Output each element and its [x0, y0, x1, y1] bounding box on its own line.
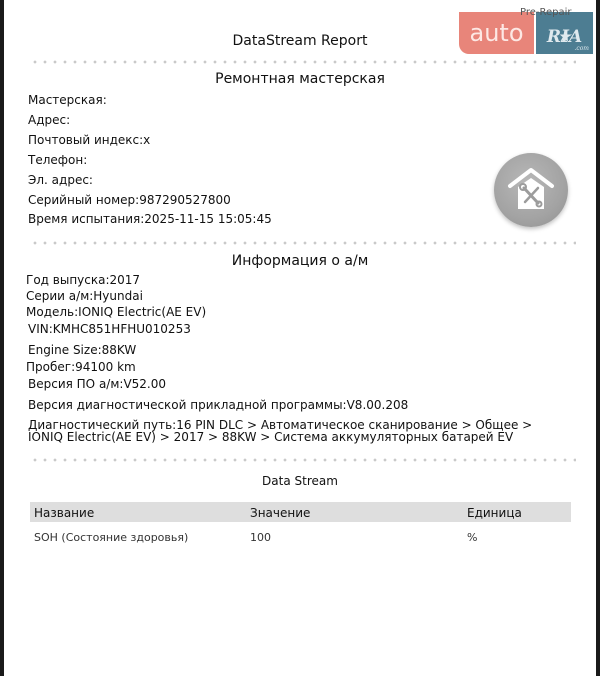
vin-field: VIN:KMHC851HFHU010253: [28, 322, 191, 336]
model-field: Модель:IONIQ Electric(AE EV): [26, 305, 206, 319]
data-stream-section-title: Data Stream: [4, 474, 596, 488]
dotted-divider: [30, 241, 576, 245]
diagnostic-app-version-field: Версия диагностической прикладной програ…: [28, 398, 408, 412]
dotted-divider: [30, 458, 576, 462]
dotted-divider: [30, 60, 576, 64]
watermark-brand-domain: .com: [574, 45, 589, 53]
serial-number-field: Серийный номер:987290527800: [28, 193, 231, 207]
watermark-brand-right-box: ★ RIA .com: [536, 12, 593, 54]
workshop-name-field: Мастерская:: [28, 93, 107, 107]
diagnostic-path-field: Диагностический путь:16 PIN DLC > Автома…: [28, 419, 532, 443]
mileage-field: Пробег:94100 km: [26, 360, 136, 374]
model-year-field: Год выпуска:2017: [26, 273, 140, 287]
watermark-brand-left: auto: [459, 12, 534, 54]
workshop-phone-field: Телефон:: [28, 153, 87, 167]
test-time-field: Время испытания:2025-11-15 15:05:45: [28, 212, 272, 226]
workshop-email-field: Эл. адрес:: [28, 173, 93, 187]
table-header-row: Название Значение Единица: [30, 502, 571, 522]
cell-unit: %: [467, 531, 477, 544]
cell-name: SOH (Состояние здоровья): [34, 531, 188, 544]
table-row: SOH (Состояние здоровья) 100 %: [30, 522, 571, 550]
watermark-overlay-text: Pre-Repair: [520, 7, 572, 18]
cell-value: 100: [250, 531, 271, 544]
workshop-address-field: Адрес:: [28, 113, 70, 127]
vehicle-section-title: Информация о а/м: [4, 253, 596, 269]
star-icon: ★: [558, 12, 571, 62]
engine-size-field: Engine Size:88KW: [28, 343, 136, 357]
column-header-unit: Единица: [467, 506, 522, 520]
make-field: Серии а/м:Hyundai: [26, 289, 143, 303]
report-page: Pre-Repair auto ★ RIA .com DataStream Re…: [4, 0, 596, 676]
autoria-watermark-logo: auto ★ RIA .com: [459, 12, 593, 54]
workshop-section-title: Ремонтная мастерская: [4, 71, 596, 87]
data-stream-table: Название Значение Единица SOH (Состояние…: [30, 502, 571, 550]
workshop-house-wrench-icon: [494, 153, 568, 227]
column-header-name: Название: [34, 506, 94, 520]
diagnostic-path-line-2: IONIQ Electric(AE EV) > 2017 > 88KW > Си…: [28, 431, 532, 443]
vehicle-software-version-field: Версия ПО а/м:V52.00: [28, 377, 166, 391]
column-header-value: Значение: [250, 506, 310, 520]
workshop-postcode-field: Почтовый индекс:x: [28, 133, 150, 147]
